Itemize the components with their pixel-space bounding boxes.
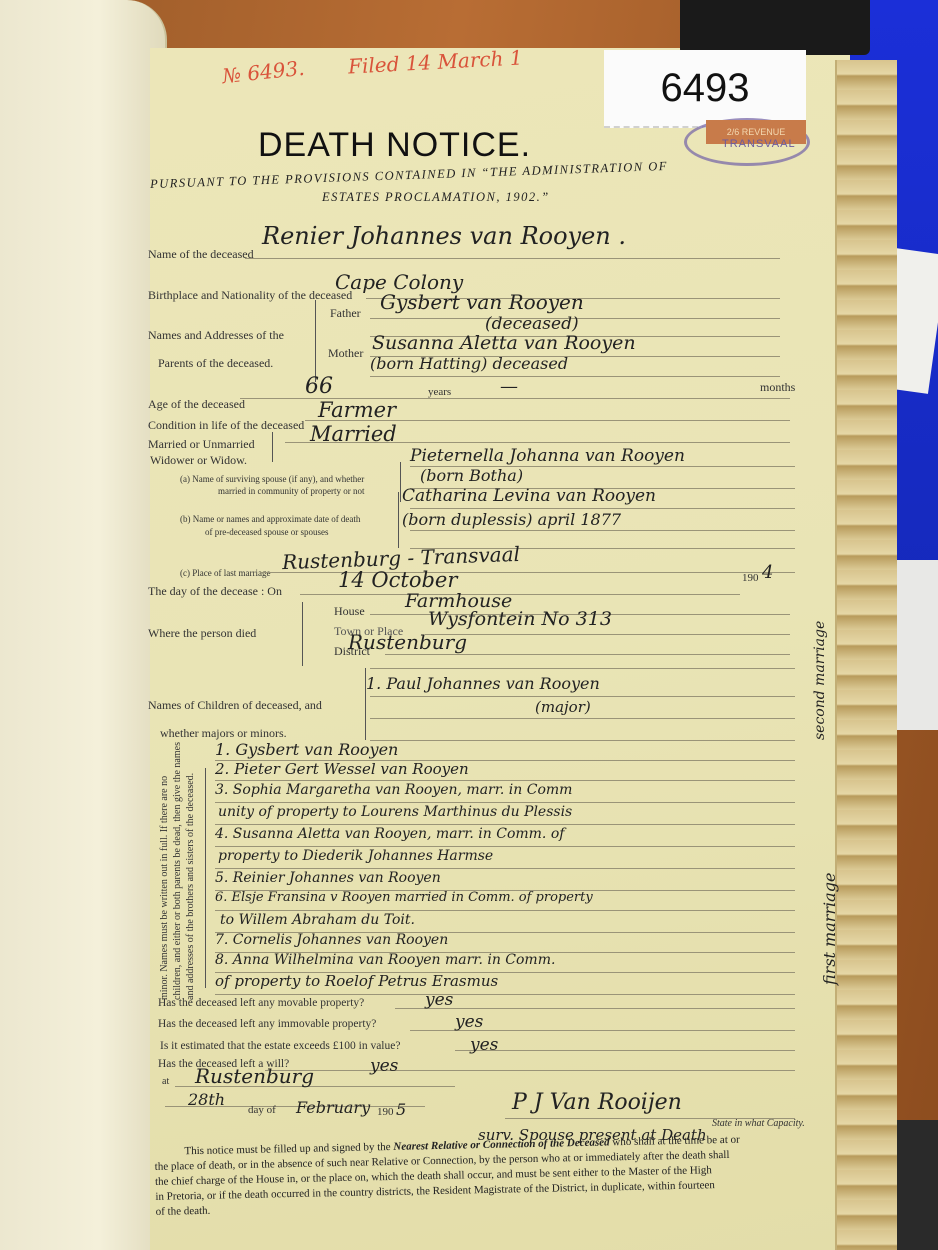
mother-note: (born Hatting) deceased [370, 354, 568, 373]
children-label-1: Names of Children of deceased, and [148, 698, 322, 713]
place-of-death-label: Where the person died [148, 626, 256, 641]
rule-line [370, 696, 795, 697]
spouse-a-value: Pieternella Johanna van Rooyen [410, 446, 685, 466]
child-line: 5. Reinier Johannes van Rooyen [215, 870, 441, 886]
stamp-text: TRANSVAAL [722, 138, 796, 150]
house-label: House [334, 604, 365, 619]
spouse-c-label: (c) Place of last marriage [180, 568, 270, 578]
capacity-label: State in what Capacity. [712, 1118, 805, 1129]
mother-value: Susanna Aletta van Rooyen [372, 332, 636, 354]
marital-value: Married [310, 422, 397, 446]
spouse-a-label-1: (a) Name of surviving spouse (if any), a… [180, 474, 364, 484]
death-year-prefix: 190 [742, 572, 759, 584]
child-line: of property to Roelof Petrus Erasmus [215, 972, 498, 990]
birthplace-label: Birthplace and Nationality of the deceas… [148, 288, 352, 303]
mother-label: Mother [328, 346, 363, 361]
spouse-b-label-1: (b) Name or names and approximate date o… [180, 514, 360, 524]
brace [205, 768, 206, 988]
will-value: yes [370, 1056, 398, 1076]
child-line: 3. Sophia Margaretha van Rooyen, marr. i… [215, 782, 572, 798]
second-marriage-margin-note: second marriage [812, 621, 828, 740]
child-line: 2. Pieter Gert Wessel van Rooyen [215, 760, 469, 778]
age-label: Age of the deceased [148, 397, 245, 412]
signature-place: Rustenburg [195, 1064, 314, 1088]
rule-line [370, 668, 795, 669]
town-value: Wysfontein No 313 [428, 608, 612, 630]
page-stack-edge [835, 60, 897, 1250]
death-day-value: 14 October [338, 568, 457, 592]
brace [398, 492, 399, 548]
rule-line [425, 634, 790, 635]
father-note: (deceased) [485, 314, 579, 334]
children-label-2: whether majors or minors. [160, 726, 287, 741]
district-value: Rustenburg [348, 630, 467, 654]
name-label: Name of the deceased [148, 247, 254, 262]
child-line: 1. Gysbert van Rooyen [215, 740, 398, 759]
condition-label: Condition in life of the deceased [148, 418, 304, 433]
rule-line [215, 910, 795, 911]
immovable-label: Has the deceased left any immovable prop… [158, 1018, 376, 1030]
children-instruction-vertical: minor. Names must be written out in full… [158, 740, 197, 1000]
child-second-marriage: 1. Paul Johannes van Rooyen [366, 674, 600, 693]
binder-clip [680, 0, 870, 55]
age-months-label: months [760, 380, 795, 395]
footer-instructions: This notice must be filled up and signed… [154, 1131, 815, 1220]
rule-line [410, 508, 795, 509]
brace [400, 462, 401, 502]
child-second-marriage-note: (major) [535, 698, 591, 716]
signature-year-prefix: 190 [377, 1106, 394, 1118]
at-label: at [162, 1076, 169, 1087]
rule-line [410, 530, 795, 531]
rule-line [215, 846, 795, 847]
age-years-label: years [428, 386, 451, 398]
signature-month: February [296, 1098, 370, 1117]
father-value: Gysbert van Rooyen [380, 290, 584, 314]
estate-value-value: yes [470, 1035, 498, 1055]
death-day-label: The day of the decease : On [148, 584, 282, 599]
immovable-value: yes [455, 1012, 483, 1032]
age-years-value: 66 [305, 374, 333, 399]
rule-line [300, 594, 740, 595]
signatory-signature: P J Van Rooijen [512, 1090, 682, 1115]
rule-line [395, 1008, 795, 1009]
child-line: to Willem Abraham du Toit. [220, 912, 415, 928]
spouse-b-value: Catharina Levina van Rooyen [402, 486, 656, 506]
child-line: 8. Anna Wilhelmina van Rooyen marr. in C… [215, 952, 555, 968]
name-value: Renier Johannes van Rooyen . [262, 222, 626, 250]
rule-line [245, 258, 780, 259]
rule-line [370, 740, 795, 741]
father-label: Father [330, 306, 361, 321]
page-title: DEATH NOTICE. [258, 126, 531, 165]
parents-label-2: Parents of the deceased. [158, 356, 273, 371]
child-line: unity of property to Lourens Marthinus d… [218, 804, 572, 820]
brace [315, 300, 316, 382]
brace [272, 432, 273, 462]
first-marriage-margin-note: first marriage [820, 873, 839, 985]
spouse-b-note: (born duplessis) april 1877 [402, 510, 621, 529]
rule-line [215, 824, 795, 825]
child-line: 4. Susanna Aletta van Rooyen, marr. in C… [215, 826, 564, 842]
spouse-a-note: (born Botha) [420, 466, 523, 485]
death-year-suffix: 4 [762, 562, 773, 583]
marital-label-2: Widower or Widow. [150, 453, 247, 468]
estate-value-label: Is it estimated that the estate exceeds … [160, 1040, 400, 1052]
rule-line [370, 718, 795, 719]
spouse-b-label-2: of pre-deceased spouse or spouses [205, 527, 328, 537]
signature-year-suffix: 5 [396, 1100, 406, 1119]
spouse-a-label-2: married in community of property or not [218, 486, 364, 496]
rule-line [215, 994, 795, 995]
archive-number-label: 6493 [604, 50, 806, 128]
parents-label-1: Names and Addresses of the [148, 328, 284, 343]
child-line: 7. Cornelis Johannes van Rooyen [215, 932, 448, 948]
age-months-value: — [500, 376, 518, 397]
condition-value: Farmer [318, 398, 396, 422]
child-line: property to Diederik Johannes Harmse [218, 848, 493, 864]
marital-label-1: Married or Unmarried [148, 437, 255, 452]
child-line: 6. Elsje Fransina v Rooyen married in Co… [215, 890, 593, 905]
brace [302, 602, 303, 666]
rule-line [455, 1050, 795, 1051]
movable-label: Has the deceased left any movable proper… [158, 997, 364, 1009]
movable-value: yes [425, 990, 453, 1010]
rule-line [265, 1070, 795, 1071]
day-of-label: day of [248, 1104, 276, 1116]
rule-line [370, 376, 780, 377]
rule-line [385, 654, 790, 655]
subtitle-line-2: ESTATES PROCLAMATION, 1902.” [322, 190, 550, 205]
rule-line [215, 780, 795, 781]
left-book-page [0, 0, 167, 1250]
footer-text: who shall at the time be at or [609, 1134, 739, 1149]
rule-line [215, 868, 795, 869]
rule-line [215, 802, 795, 803]
